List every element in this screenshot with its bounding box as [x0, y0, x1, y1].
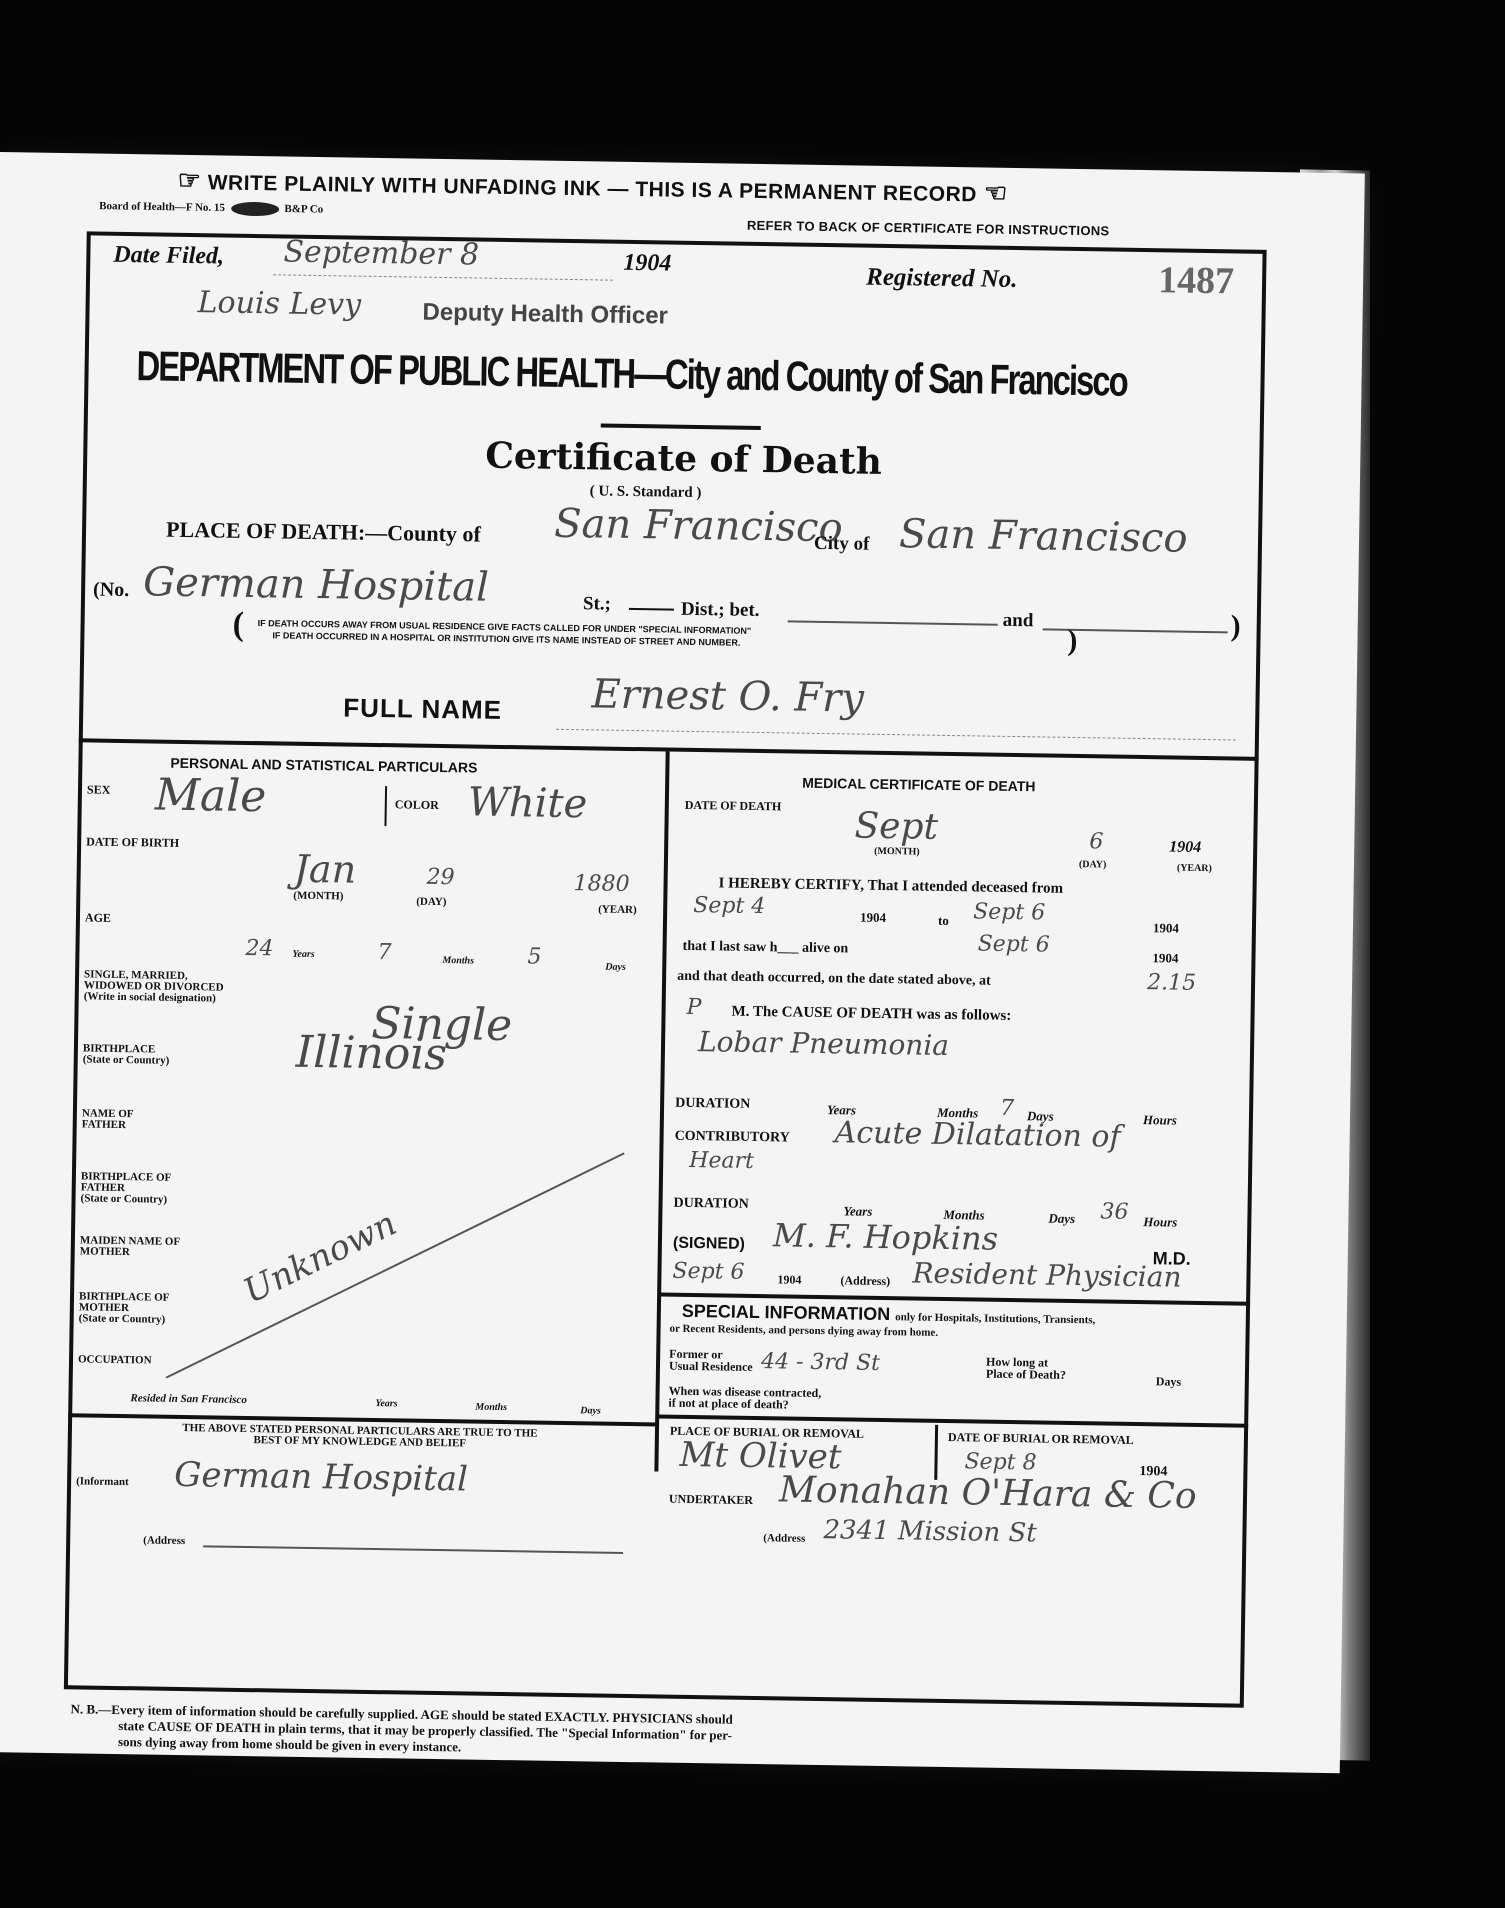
dist-label: Dist.; bet. — [681, 599, 760, 622]
signed-date: Sept 6 — [672, 1259, 744, 1285]
dod-year: 1904 — [1169, 838, 1201, 857]
no-label: (No. — [93, 579, 129, 603]
full-name-label: FULL NAME — [343, 692, 502, 725]
pointing-hand-icon: ☞ — [177, 165, 201, 195]
attended-to: Sept 6 — [973, 899, 1045, 925]
duration-1-label: DURATION — [675, 1098, 750, 1111]
undertaker-value: Monahan O'Hara & Co — [779, 1469, 1197, 1517]
dod-day: 6 — [1089, 829, 1103, 854]
mother-maiden-label: MAIDEN NAME OF MOTHER — [80, 1235, 200, 1259]
cause-value: Lobar Pneumonia — [698, 1025, 949, 1062]
dob-year: 1880 — [573, 871, 629, 897]
date-filed-year: 1904 — [623, 250, 671, 278]
signed-label: (SIGNED) — [673, 1235, 745, 1254]
signed-value: M. F. Hopkins — [773, 1216, 999, 1258]
age-years: 24 — [245, 936, 273, 961]
last-saw-date: Sept 6 — [977, 931, 1049, 957]
city-value: San Francisco — [899, 511, 1188, 562]
dob-month: Jan — [293, 847, 356, 892]
meridiem: P — [686, 995, 701, 1020]
father-name-label: NAME OF FATHER — [82, 1108, 162, 1131]
sex-label: SEX — [87, 783, 111, 795]
birthplace-value: Illinois — [295, 1027, 447, 1080]
printer-seal-icon — [231, 202, 279, 217]
and-label: and — [1003, 610, 1034, 632]
informant-value: German Hospital — [174, 1455, 468, 1500]
pointing-hand-icon: ☞ — [983, 177, 1007, 208]
city-label: City of — [814, 533, 870, 556]
certificate-title: Certificate of Death — [485, 435, 882, 483]
birthplace-label: BIRTHPLACE (State or Country) — [83, 1043, 170, 1066]
residence-label: Former or Usual Residence — [669, 1348, 753, 1373]
contributory-value-2: Heart — [689, 1148, 754, 1174]
death-certificate-sheet: ☞ WRITE PLAINLY WITH UNFADING INK — THIS… — [0, 152, 1365, 1773]
dob-day: 29 — [426, 865, 454, 890]
mother-birthplace-label: BIRTHPLACE OF MOTHER (State or Country) — [79, 1291, 190, 1326]
time-value: 2.15 — [1147, 970, 1196, 996]
footer-note: N. B.—Every item of information should b… — [70, 1701, 1131, 1766]
father-birthplace-label: BIRTHPLACE OF FATHER (State or Country) — [80, 1171, 191, 1206]
dob-label: DATE OF BIRTH — [86, 835, 179, 848]
date-filed-label: Date Filed, — [113, 242, 224, 271]
informant-label: (Informant — [76, 1475, 129, 1488]
how-long-label: How long at Place of Death? — [986, 1356, 1066, 1381]
burial-date-label: DATE of BURIAL or REMOVAL — [948, 1431, 1134, 1446]
us-standard: ( U. S. Standard ) — [590, 483, 702, 502]
age-days: 5 — [527, 944, 541, 969]
st-label: St.; — [583, 593, 611, 615]
physician-address: Resident Physician — [912, 1256, 1182, 1293]
full-name-value: Ernest O. Fry — [591, 671, 864, 721]
age-months: 7 — [377, 940, 391, 965]
resided-label: Resided in San Francisco — [130, 1392, 247, 1406]
informant-address-label: (Address — [143, 1534, 185, 1547]
dod-label: DATE OF DEATH — [685, 799, 782, 813]
last-saw-text: that I last saw h___ alive on — [682, 939, 848, 958]
sex-value: Male — [155, 770, 267, 823]
refer-note: REFER TO BACK OF CERTIFICATE FOR INSTRUC… — [747, 218, 1110, 239]
undertaker-address-value: 2341 Mission St — [823, 1515, 1037, 1548]
residence-value: 44 - 3rd St — [761, 1349, 880, 1376]
occupation-label: OCCUPATION — [78, 1353, 152, 1366]
undertaker-address-label: (Address — [763, 1532, 805, 1545]
institution-value: German Hospital — [143, 559, 489, 610]
marital-label: SINGLE, MARRIED, WIDOWED OR DIVORCED (Wr… — [84, 969, 224, 1004]
banner-text: WRITE PLAINLY WITH UNFADING INK — THIS I… — [208, 171, 978, 206]
color-value: White — [467, 779, 587, 827]
contributory-value: Acute Dilatation of — [834, 1115, 1120, 1154]
officer-title: Deputy Health Officer — [422, 299, 668, 331]
duration-2-label: DURATION — [673, 1198, 748, 1211]
place-of-death-label: PLACE OF DEATH:—County of — [166, 517, 481, 548]
contracted-label: When was disease contracted, if not at p… — [668, 1385, 821, 1411]
contributory-label: CONTRIBUTORY — [675, 1131, 790, 1145]
age-label: AGE — [85, 911, 111, 923]
county-value: San Francisco — [554, 501, 843, 552]
registered-label: Registered No. — [866, 264, 1018, 294]
duration-2-hours: 36 — [1100, 1199, 1128, 1224]
date-filed-value: September 8 — [283, 234, 479, 272]
officer-name: Louis Levy — [197, 285, 361, 323]
registered-number: 1487 — [1158, 258, 1235, 303]
form-code: Board of Health—F No. 15 B&P Co — [99, 200, 323, 218]
attended-from: Sept 4 — [693, 893, 765, 919]
color-label: COLOR — [395, 798, 439, 811]
undertaker-label: UNDERTAKER — [669, 1493, 753, 1506]
dod-month: Sept — [854, 806, 938, 848]
